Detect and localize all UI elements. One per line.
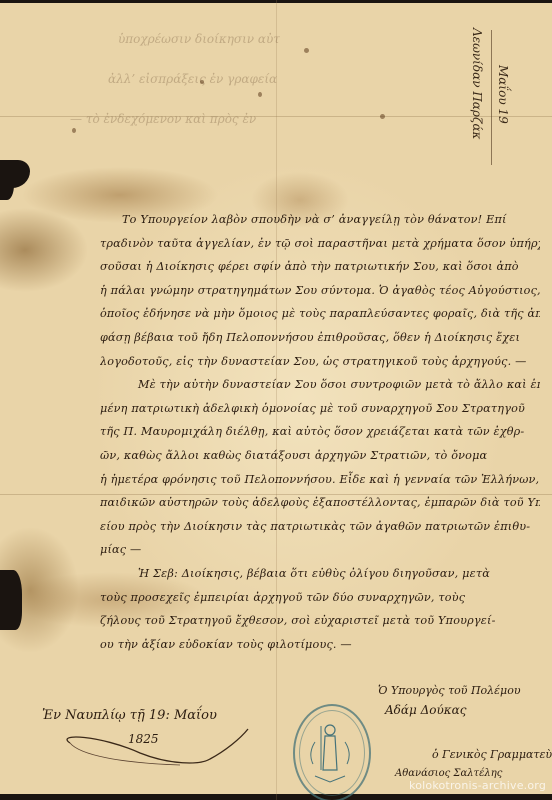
body-line: ου τὴν ἀξίαν εὐδοκίαν τοὺς φιλοτίμους. — (100, 633, 540, 657)
ink-spot (304, 48, 309, 53)
body-line: ῶν, καθὼς ἄλλοι καθὼς διατάξουσι ἀρχηγῶν… (100, 444, 540, 468)
minister-signature: Αδάμ Δούκας (385, 703, 467, 717)
letter-body: Το Υπουργείον λαβὸν σπουδὴν νὰ σ’ ἀναγγε… (100, 208, 540, 656)
watermark: kolokotronis-archive.org (409, 779, 546, 792)
body-line: λογοδοτοῦς, εἰς τὴν δυναστείαν Σου, ὡς σ… (100, 350, 540, 374)
secretary-signature: Αθανάσιος Σαλτέλης (395, 768, 502, 779)
body-line: ἡ ἡμετέρα φρόνησις τοῦ Πελοποννήσου. Εἶδ… (100, 468, 540, 492)
ink-spot (258, 92, 262, 97)
ministry-seal (293, 704, 371, 800)
body-line: ζήλους τοῦ Στρατηγοῦ ἔχθεσον, σοὶ εὐχαρι… (100, 609, 540, 633)
body-line: ἡ πάλαι γνώμην στρατηγημάτων Σου σύντομα… (100, 279, 540, 303)
athena-figure-icon (293, 704, 367, 798)
margin-rule (491, 30, 492, 165)
flourish-icon (60, 725, 250, 775)
margin-note-name: Λεωνίδαν Παρζάκ (470, 28, 484, 139)
torn-left-edge (0, 170, 14, 200)
body-line: μένη πατριωτικὴ ἀδελφικὴ ὁμονοίας μὲ τοῦ… (100, 397, 540, 421)
body-line: είου πρὸς τὴν Διοίκησιν τὰς πατριωτικὰς … (100, 515, 540, 539)
bleed-through-text: ὑποχρέωσιν διοίκησιν αὐτ (118, 32, 280, 46)
minister-title: Ὁ Υπουργὸς τοῦ Πολέμου (378, 684, 521, 697)
body-line: Μὲ τὴν αὐτὴν δυναστείαν Σου ὅσοι συντροφ… (100, 373, 540, 397)
body-line: τῆς Π. Μαυρομιχάλη διέλθῃ, καὶ αὐτὸς ὅσο… (100, 420, 540, 444)
body-line: μίας — (100, 538, 540, 562)
body-line: τραδινὸν ταῦτα ἀγγελίαν, ἐν τῷ σοὶ παρασ… (100, 232, 540, 256)
secretary-title: ὁ Γενικὸς Γραμματεὺς (432, 748, 552, 761)
bleed-through-text: — τὸ ἐνδεχόμενον καὶ πρὸς ἐν (70, 112, 256, 126)
place-date: Ἐν Ναυπλίῳ τῇ 19: Μαΐου (42, 708, 217, 723)
ink-spot (72, 128, 76, 133)
torn-left-edge (0, 570, 22, 630)
bleed-through-text: ἀλλ’ εἰσπράξεις ἐν γραφεία (108, 72, 277, 86)
body-line: Ἡ Σεβ: Διοίκησις, βέβαια ὅτι εὐθὺς ὀλίγο… (100, 562, 540, 586)
body-line: σοῦσαι ἡ Διοίκησις φέρει σφίν ἀπὸ τὴν πα… (100, 255, 540, 279)
body-line: Το Υπουργείον λαβὸν σπουδὴν νὰ σ’ ἀναγγε… (100, 208, 540, 232)
margin-note-date: Μαΐου 19 (496, 65, 510, 124)
document-page: ὑποχρέωσιν διοίκησιν αὐτ ἀλλ’ εἰσπράξεις… (0, 0, 552, 800)
ink-spot (200, 80, 204, 84)
ink-spot (380, 114, 385, 119)
body-line: τοὺς προσεχεῖς ἐμπειρίαι ἀρχηγοῦ τῶν δύο… (100, 586, 540, 610)
body-line: φάσῃ βέβαια τοῦ ἤδη Πελοποννήσου ἐπιθροῦ… (100, 326, 540, 350)
body-line: ὁποῖος ἐδήνησε νὰ μὴν ὅμοιος μὲ τοὺς παρ… (100, 302, 540, 326)
body-line: παιδικῶν αὐστηρῶν τοὺς ἀδελφοὺς ἐξαποστέ… (100, 491, 540, 515)
